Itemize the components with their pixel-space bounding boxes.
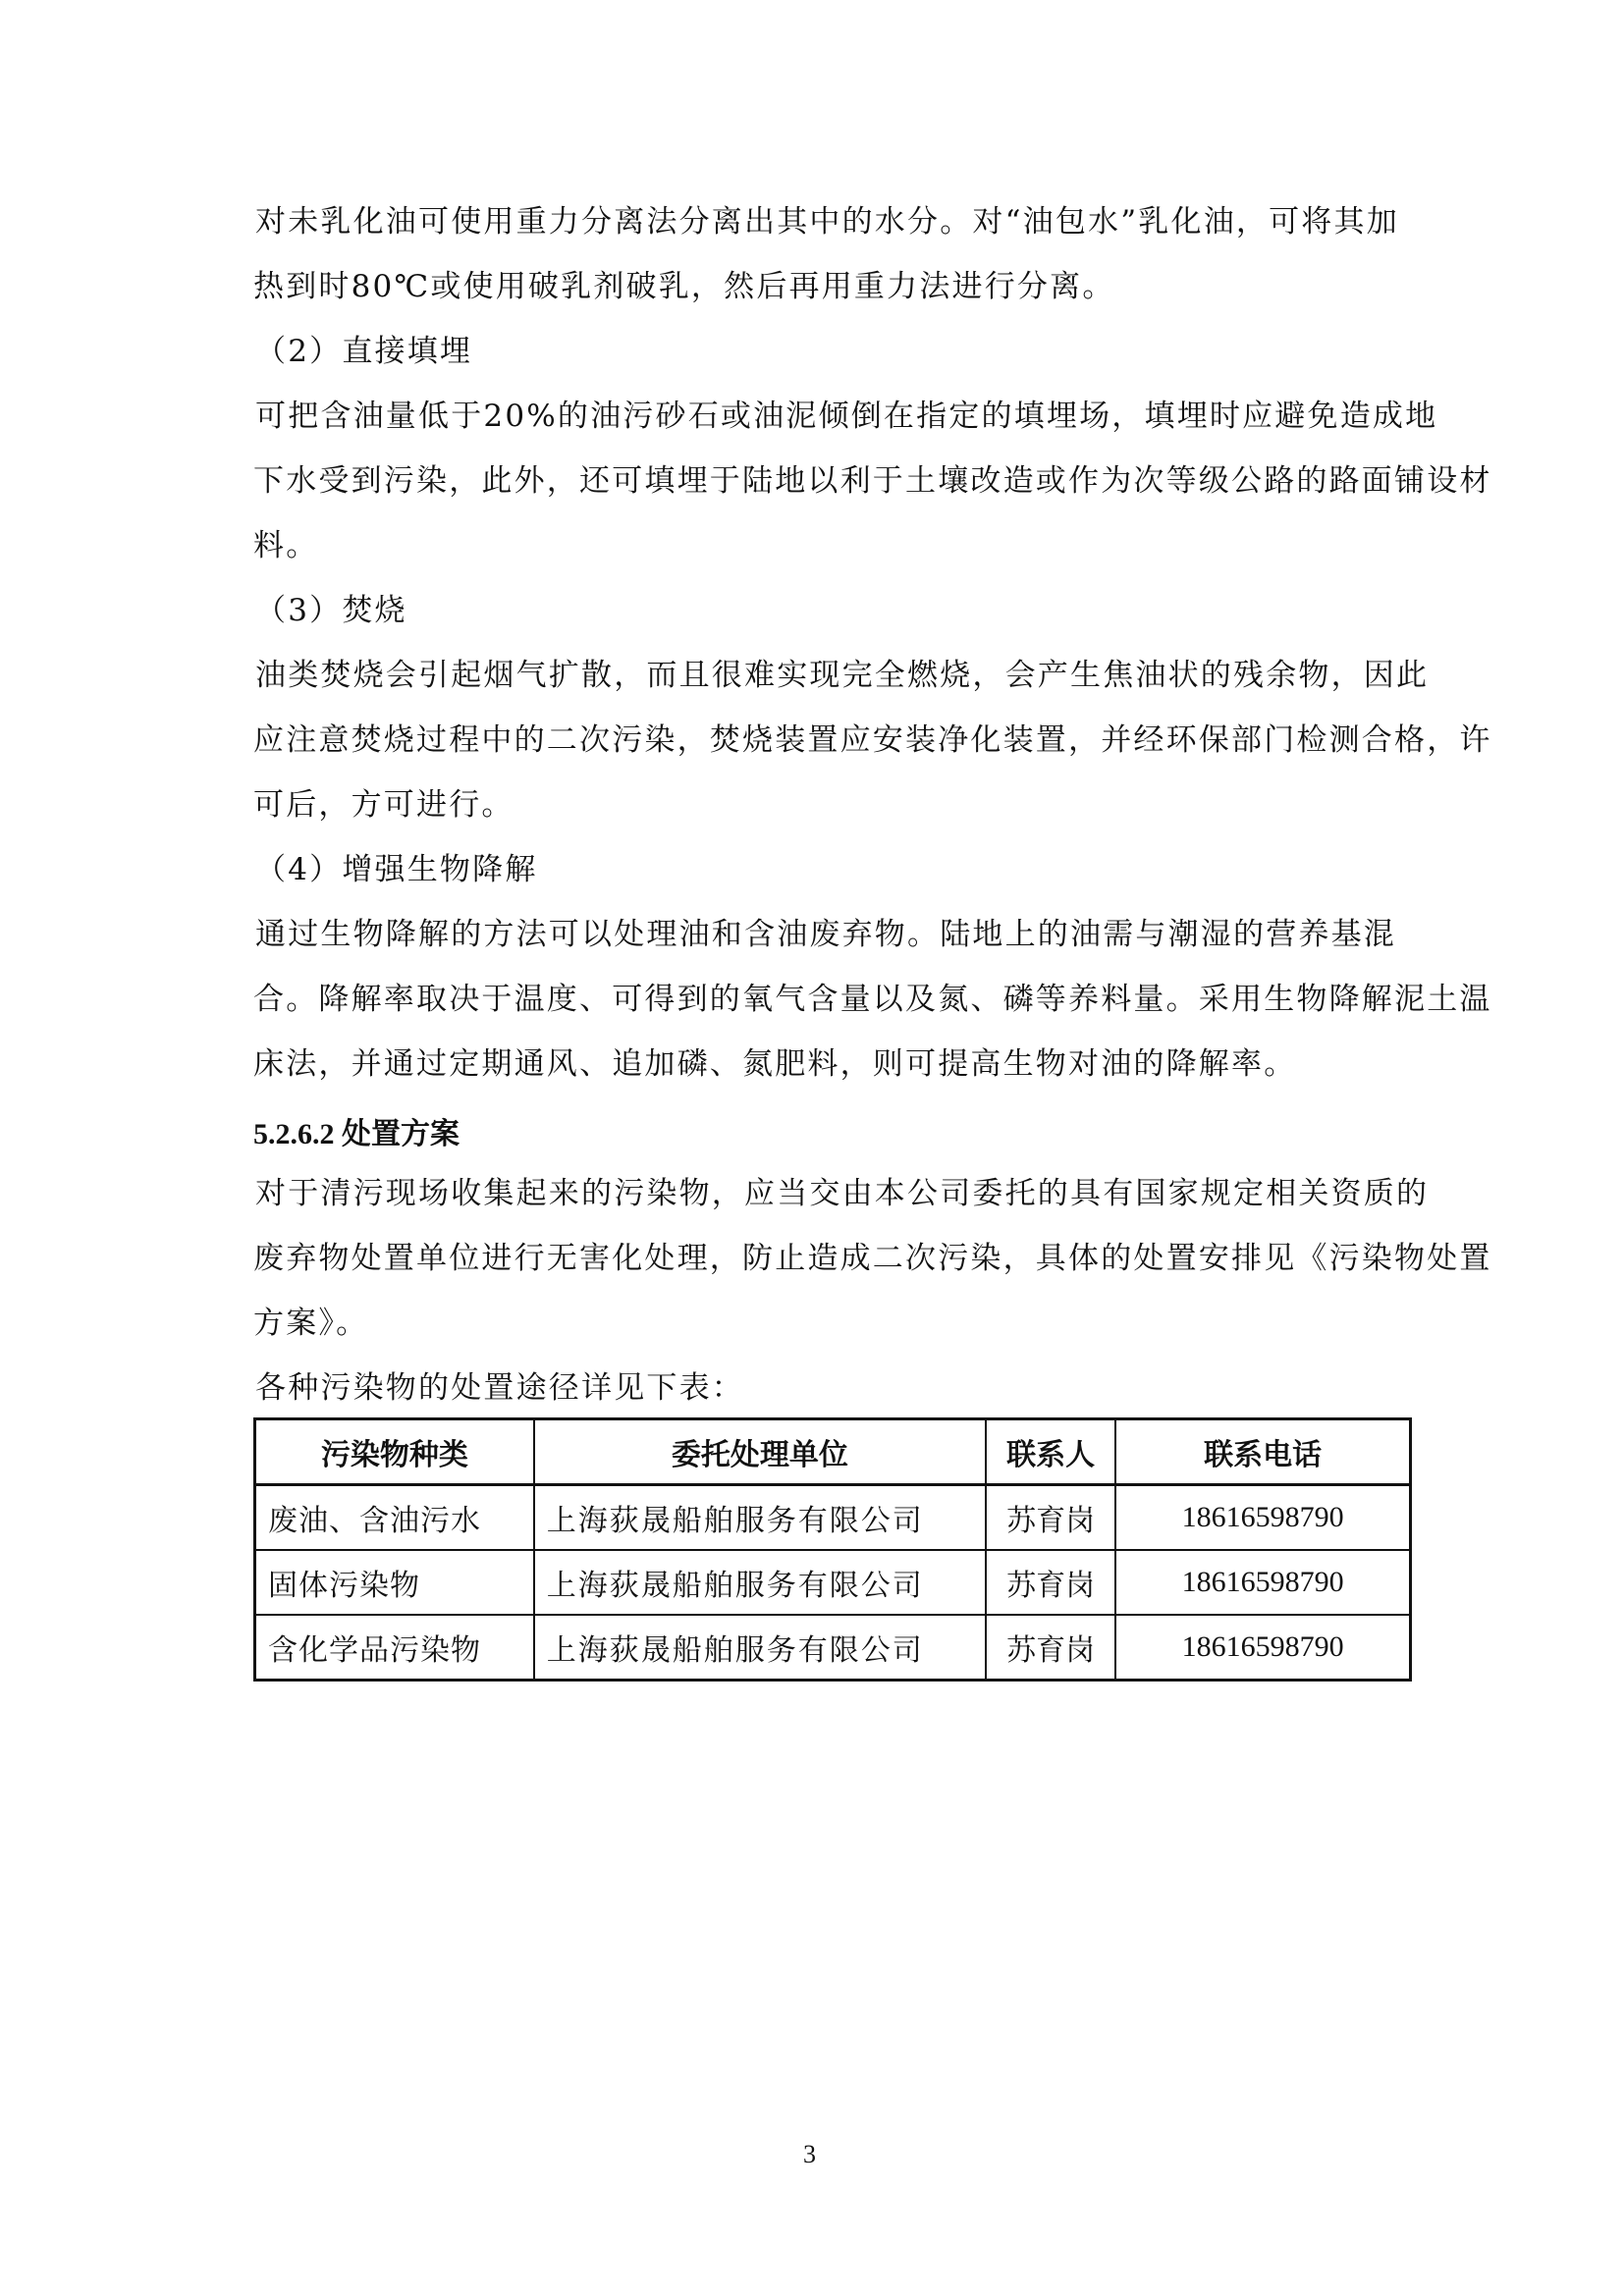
subheading-biodegradation: （4）增强生物降解 [255,850,538,889]
cell-contact-person: 苏育岗 [986,1615,1115,1681]
paragraph-line: 对未乳化油可使用重力分离法分离出其中的水分。对“油包水”乳化油，可将其加 [255,202,1399,241]
cell-contractor: 上海荻晟船舶服务有限公司 [534,1550,986,1615]
subheading-incineration: （3）焚烧 [255,591,407,630]
paragraph-line: 热到时80℃或使用破乳剂破乳，然后再用重力法进行分离。 [253,267,1115,306]
cell-phone: 18616598790 [1115,1615,1410,1681]
cell-phone: 18616598790 [1115,1485,1410,1551]
document-page: 对未乳化油可使用重力分离法分离出其中的水分。对“油包水”乳化油，可将其加 热到时… [0,0,1624,2296]
paragraph-line: 料。 [253,526,318,565]
paragraph-line: 油类焚烧会引起烟气扩散，而且很难实现完全燃烧，会产生焦油状的残余物，因此 [255,656,1429,695]
table-intro: 各种污染物的处置途径详见下表： [255,1368,744,1408]
paragraph-line: 床法，并通过定期通风、追加磷、氮肥料，则可提高生物对油的降解率。 [253,1044,1296,1084]
paragraph-line: 方案》。 [253,1304,368,1343]
header-contact-person: 联系人 [986,1419,1115,1485]
table-row: 含化学品污染物 上海荻晟船舶服务有限公司 苏育岗 18616598790 [255,1615,1411,1681]
section-heading: 5.2.6.2 处置方案 [253,1109,460,1152]
subheading-landfill: （2）直接填埋 [255,332,472,371]
cell-pollutant-type: 废油、含油污水 [255,1485,534,1551]
paragraph-line: 通过生物降解的方法可以处理油和含油废弃物。陆地上的油需与潮湿的营养基混 [255,915,1396,954]
paragraph-line: 下水受到污染，此外，还可填埋于陆地以利于土壤改造或作为次等级公路的路面铺设材 [253,461,1492,501]
paragraph-line: 可后，方可进行。 [253,785,514,825]
header-pollutant-type: 污染物种类 [255,1419,534,1485]
table-header-row: 污染物种类 委托处理单位 联系人 联系电话 [255,1419,1411,1485]
paragraph-line: 可把含油量低于20%的油污砂石或油泥倾倒在指定的填埋场，填埋时应避免造成地 [255,397,1437,436]
cell-contact-person: 苏育岗 [986,1550,1115,1615]
cell-contractor: 上海荻晟船舶服务有限公司 [534,1615,986,1681]
paragraph-line: 废弃物处置单位进行无害化处理，防止造成二次污染，具体的处置安排见《污染物处置 [253,1239,1492,1278]
cell-contact-person: 苏育岗 [986,1485,1115,1551]
cell-pollutant-type: 固体污染物 [255,1550,534,1615]
page-number: 3 [803,2140,816,2169]
disposal-table: 污染物种类 委托处理单位 联系人 联系电话 废油、含油污水 上海荻晟船舶服务有限… [253,1417,1412,1682]
header-phone: 联系电话 [1115,1419,1410,1485]
cell-phone: 18616598790 [1115,1550,1410,1615]
cell-pollutant-type: 含化学品污染物 [255,1615,534,1681]
table-row: 废油、含油污水 上海荻晟船舶服务有限公司 苏育岗 18616598790 [255,1485,1411,1551]
cell-contractor: 上海荻晟船舶服务有限公司 [534,1485,986,1551]
paragraph-line: 对于清污现场收集起来的污染物，应当交由本公司委托的具有国家规定相关资质的 [255,1174,1429,1213]
header-contractor: 委托处理单位 [534,1419,986,1485]
paragraph-line: 合。降解率取决于温度、可得到的氧气含量以及氮、磷等养料量。采用生物降解泥土温 [253,980,1492,1019]
paragraph-line: 应注意焚烧过程中的二次污染，焚烧装置应安装净化装置，并经环保部门检测合格，许 [253,721,1492,760]
table-row: 固体污染物 上海荻晟船舶服务有限公司 苏育岗 18616598790 [255,1550,1411,1615]
